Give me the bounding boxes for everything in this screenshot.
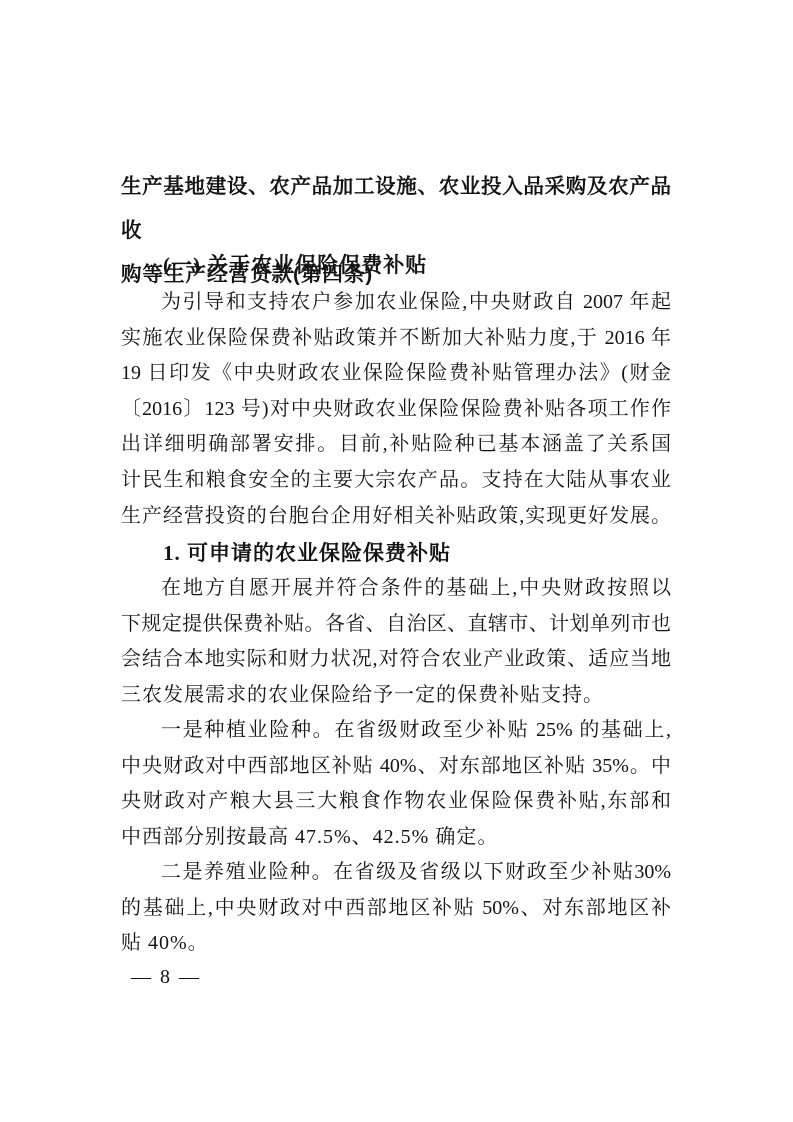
paragraph-line: 〔2016〕123 号)对中央财政农业保险保险费补贴各项工作作 — [121, 392, 671, 428]
paragraph-line: 三农发展需求的农业保险给予一定的保费补贴支持。 — [121, 678, 671, 714]
paragraph-line: 央财政对产粮大县三大粮食作物农业保险保费补贴,东部和 — [121, 784, 671, 820]
paragraph-line: 中央财政对中西部地区补贴 40%、对东部地区补贴 35%。中 — [121, 749, 671, 785]
paragraph-line: 19 日印发《中央财政农业保险保险费补贴管理办法》(财金 — [121, 356, 671, 392]
paragraph-line: 贴 40%。 — [121, 926, 671, 962]
paragraph-line: 出详细明确部署安排。目前,补贴险种已基本涵盖了关系国 — [121, 427, 671, 463]
paragraph-line: 为引导和支持农户参加农业保险,中央财政自 2007 年起 — [121, 285, 671, 321]
paragraph-4: 二是养殖业险种。在省级及省级以下财政至少补贴30% 的基础上,中央财政对中西部地… — [121, 855, 671, 962]
section-heading-text: (一) 关于农业保险保费补贴 — [121, 247, 671, 283]
paragraph-line: 会结合本地实际和财力状况,对符合农业产业政策、适应当地 — [121, 642, 671, 678]
paragraph-line: 下规定提供保费补贴。各省、自治区、直辖市、计划单列市也 — [121, 607, 671, 643]
paragraph-line: 的基础上,中央财政对中西部地区补贴 50%、对东部地区补 — [121, 891, 671, 927]
title-line: 生产基地建设、农产品加工设施、农业投入品采购及农产品收 — [121, 165, 671, 253]
paragraph-line: 一是种植业险种。在省级财政至少补贴 25% 的基础上, — [121, 713, 671, 749]
sub-heading-text: 1. 可申请的农业保险保费补贴 — [121, 535, 671, 571]
paragraph-line: 中西部分别按最高 47.5%、42.5% 确定。 — [121, 820, 671, 856]
sub-heading: 1. 可申请的农业保险保费补贴 — [121, 535, 671, 571]
paragraph-2: 在地方自愿开展并符合条件的基础上,中央财政按照以 下规定提供保费补贴。各省、自治… — [121, 571, 671, 713]
paragraph-line: 在地方自愿开展并符合条件的基础上,中央财政按照以 — [121, 571, 671, 607]
paragraph-line: 二是养殖业险种。在省级及省级以下财政至少补贴30% — [121, 855, 671, 891]
section-heading: (一) 关于农业保险保费补贴 — [121, 247, 671, 283]
paragraph-1: 为引导和支持农户参加农业保险,中央财政自 2007 年起 实施农业保险保费补贴政… — [121, 285, 671, 534]
paragraph-line: 生产经营投资的台胞台企用好相关补贴政策,实现更好发展。 — [121, 499, 671, 535]
page-number: — 8 — — [131, 962, 201, 992]
paragraph-3: 一是种植业险种。在省级财政至少补贴 25% 的基础上, 中央财政对中西部地区补贴… — [121, 713, 671, 855]
document-page: 生产基地建设、农产品加工设施、农业投入品采购及农产品收 购等生产经营贷款(第四条… — [0, 0, 793, 1122]
paragraph-line: 实施农业保险保费补贴政策并不断加大补贴力度,于 2016 年 — [121, 321, 671, 357]
paragraph-line: 计民生和粮食安全的主要大宗农产品。支持在大陆从事农业 — [121, 463, 671, 499]
